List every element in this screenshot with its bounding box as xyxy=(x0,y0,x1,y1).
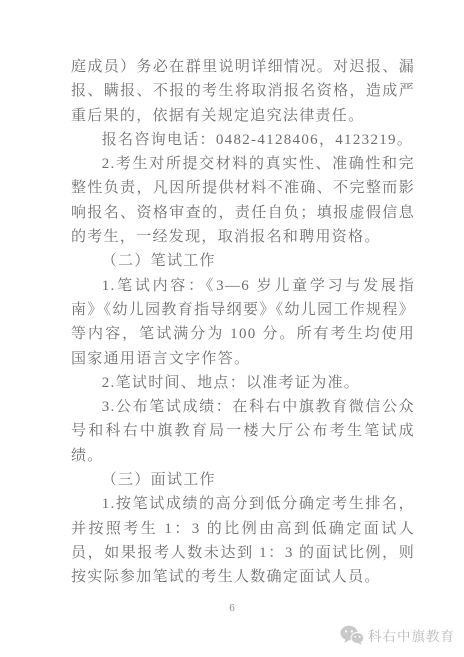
page-number: 6 xyxy=(0,602,464,614)
section-heading-interview: （三）面试工作 xyxy=(71,468,415,492)
paragraph-continuation: 庭成员）务必在群里说明详细情况。对迟报、漏报、瞒报、不报的考生将取消报名资格，造… xyxy=(71,55,415,128)
watermark-label: 科右中旗教育 xyxy=(368,625,455,645)
document-page: 庭成员）务必在群里说明详细情况。对迟报、漏报、瞒报、不报的考生将取消报名资格，造… xyxy=(0,0,464,657)
paragraph-exam-content: 1.笔试内容：《3—6 岁儿童学习与发展指南》《幼儿园教育指导纲要》《幼儿园工作… xyxy=(71,274,415,371)
paragraph-exam-time: 2.笔试时间、地点：以准考证为准。 xyxy=(71,371,415,395)
paragraph-exam-results: 3.公布笔试成绩：在科右中旗教育微信公众号和科右中旗教育局一楼大厅公布考生笔试成… xyxy=(71,395,415,468)
document-text: 庭成员）务必在群里说明详细情况。对迟报、漏报、瞒报、不报的考生将取消报名资格，造… xyxy=(71,55,415,590)
paragraph-interview-ratio: 1.按笔试成绩的高分到低分确定考生排名，并按照考生 1：3 的比例由高到低确定面… xyxy=(71,492,415,589)
paragraph-materials: 2.考生对所提交材料的真实性、准确性和完整性负责，凡因所提供材料不准确、不完整而… xyxy=(71,152,415,249)
watermark: 科右中旗教育 xyxy=(340,625,455,645)
section-heading-written-exam: （二）笔试工作 xyxy=(71,249,415,273)
wechat-icon xyxy=(340,625,364,645)
paragraph-phone: 报名咨询电话：0482-4128406，4123219。 xyxy=(71,128,415,152)
